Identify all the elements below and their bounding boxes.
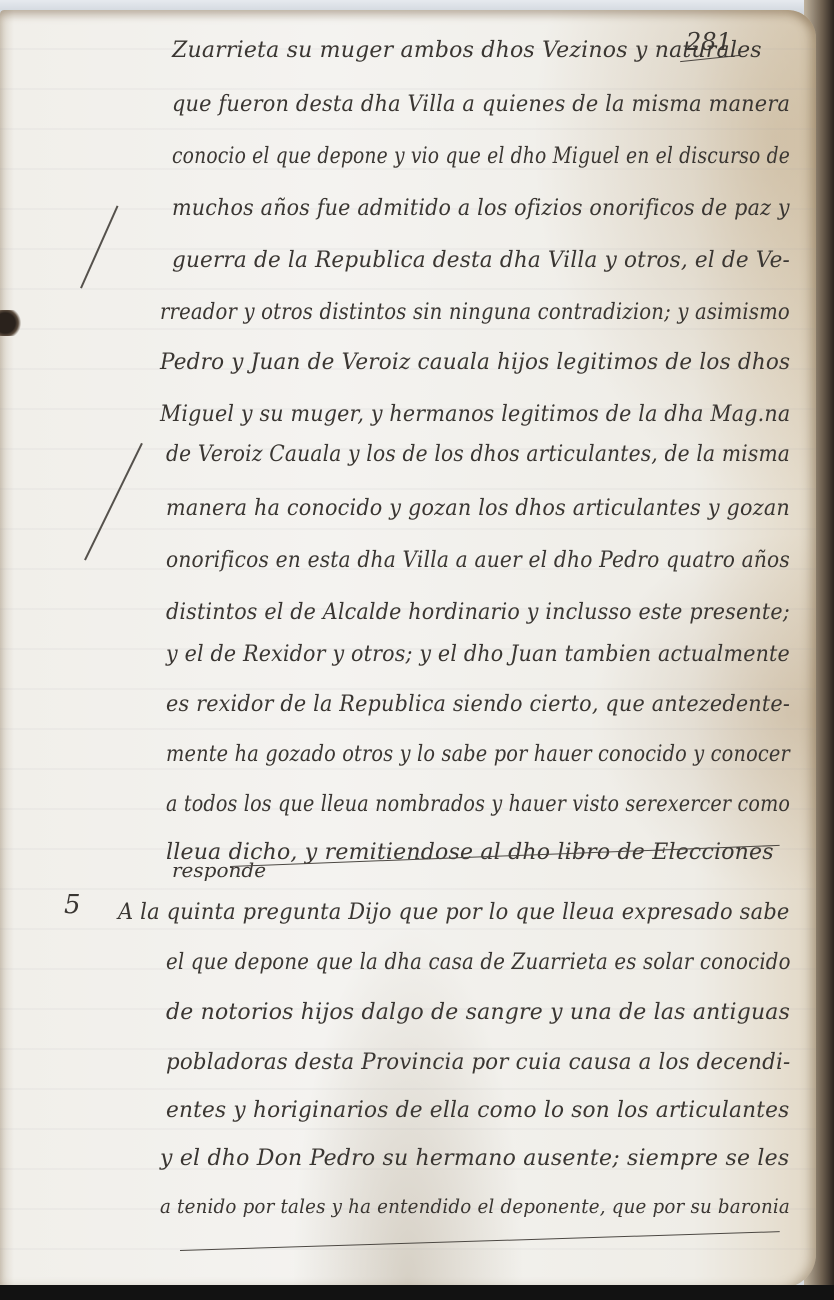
manuscript-line: el que depone que la dha casa de Zuarrie… bbox=[166, 950, 791, 975]
manuscript-line: manera ha conocido y gozan los dhos arti… bbox=[166, 496, 790, 521]
manuscript-line: rreador y otros distintos sin ninguna co… bbox=[160, 300, 790, 325]
manuscript-line: Miguel y su muger, y hermanos legitimos … bbox=[160, 402, 790, 427]
item-number: 5 bbox=[64, 890, 81, 920]
manuscript-line: onorificos en esta dha Villa a auer el d… bbox=[166, 548, 790, 573]
manuscript-line: y el dho Don Pedro su hermano ausente; s… bbox=[160, 1146, 789, 1171]
manuscript-line: muchos años fue admitido a los ofizios o… bbox=[172, 196, 790, 221]
manuscript-line: Zuarrieta su muger ambos dhos Vezinos y … bbox=[172, 38, 762, 63]
manuscript-line: de notorios hijos dalgo de sangre y una … bbox=[166, 1000, 790, 1025]
manuscript-line: conocio el que depone y vio que el dho M… bbox=[172, 144, 790, 169]
background-bottom bbox=[0, 1285, 834, 1300]
manuscript-line: que fueron desta dha Villa a quienes de … bbox=[172, 92, 790, 117]
manuscript-line: a tenido por tales y ha entendido el dep… bbox=[160, 1194, 790, 1218]
closing-rule bbox=[180, 1231, 780, 1251]
manuscript-line: y el de Rexidor y otros; y el dho Juan t… bbox=[166, 642, 790, 667]
manuscript-line: lleua dicho, y remitiendose al dho libro… bbox=[166, 840, 774, 865]
margin-stroke-2 bbox=[84, 443, 142, 561]
margin-stroke-1 bbox=[80, 205, 118, 288]
manuscript-line: Pedro y Juan de Veroiz cauala hijos legi… bbox=[160, 350, 790, 375]
manuscript-page: 281 5 responde Zuarrieta su muger ambos … bbox=[0, 10, 816, 1288]
manuscript-line: guerra de la Republica desta dha Villa y… bbox=[172, 248, 790, 273]
manuscript-line: mente ha gozado otros y lo sabe por haue… bbox=[166, 742, 790, 767]
manuscript-line: de Veroiz Cauala y los de los dhos artic… bbox=[166, 442, 790, 467]
binding-hole bbox=[0, 310, 26, 336]
manuscript-line: A la quinta pregunta Dijo que por lo que… bbox=[118, 900, 790, 925]
manuscript-line: a todos los que lleua nombrados y hauer … bbox=[166, 792, 790, 817]
manuscript-line: distintos el de Alcalde hordinario y inc… bbox=[166, 600, 790, 625]
manuscript-line: entes y horiginarios de ella como lo son… bbox=[166, 1098, 789, 1123]
manuscript-line: es rexidor de la Republica siendo cierto… bbox=[166, 692, 790, 717]
manuscript-line: pobladoras desta Provincia por cuia caus… bbox=[166, 1050, 790, 1075]
